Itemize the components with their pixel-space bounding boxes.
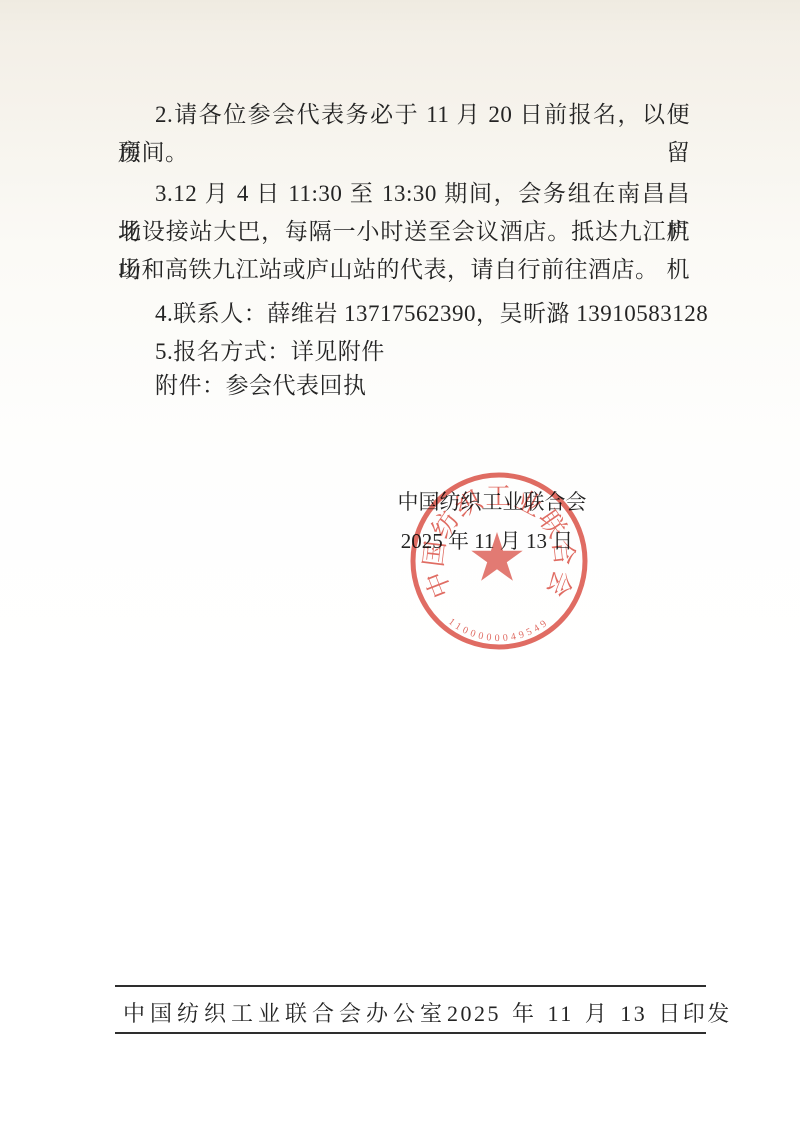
official-seal: 中国纺织工业联合会 1100000049549	[399, 461, 599, 661]
document-page: 2.请各位参会代表务必于 11 月 20 日前报名，以便预留 房间。 3.12 …	[0, 0, 800, 1131]
footer: 中国纺织工业联合会办公室 2025 年 11 月 13 日印发	[115, 997, 706, 1027]
seal-star-icon	[471, 532, 522, 581]
body-line: 4.联系人：薛维岩 13717562390，吴昕潞 13910583128	[118, 295, 690, 333]
body-line: 附件：参会代表回执	[118, 367, 690, 405]
body-line: 2.请各位参会代表务必于 11 月 20 日前报名，以便预留	[118, 96, 690, 134]
body-line: 5.报名方式：详见附件	[118, 333, 690, 371]
footer-print-date: 2025 年 11 月 13 日印发	[447, 997, 732, 1028]
body-line: 场和高铁九江站或庐山站的代表，请自行前往酒店。	[118, 251, 690, 289]
footer-rule-bottom	[115, 1032, 706, 1034]
footer-issuer: 中国纺织工业联合会办公室	[123, 997, 447, 1028]
seal-graphic: 中国纺织工业联合会 1100000049549	[399, 461, 599, 661]
footer-rule-top	[115, 985, 706, 987]
body-line: 场设接站大巴，每隔一小时送至会议酒店。抵达九江庐山机	[118, 213, 690, 251]
notice-body: 2.请各位参会代表务必于 11 月 20 日前报名，以便预留 房间。 3.12 …	[118, 96, 690, 405]
body-line: 3.12 月 4 日 11:30 至 13:30 期间，会务组在南昌昌北机	[118, 175, 690, 213]
